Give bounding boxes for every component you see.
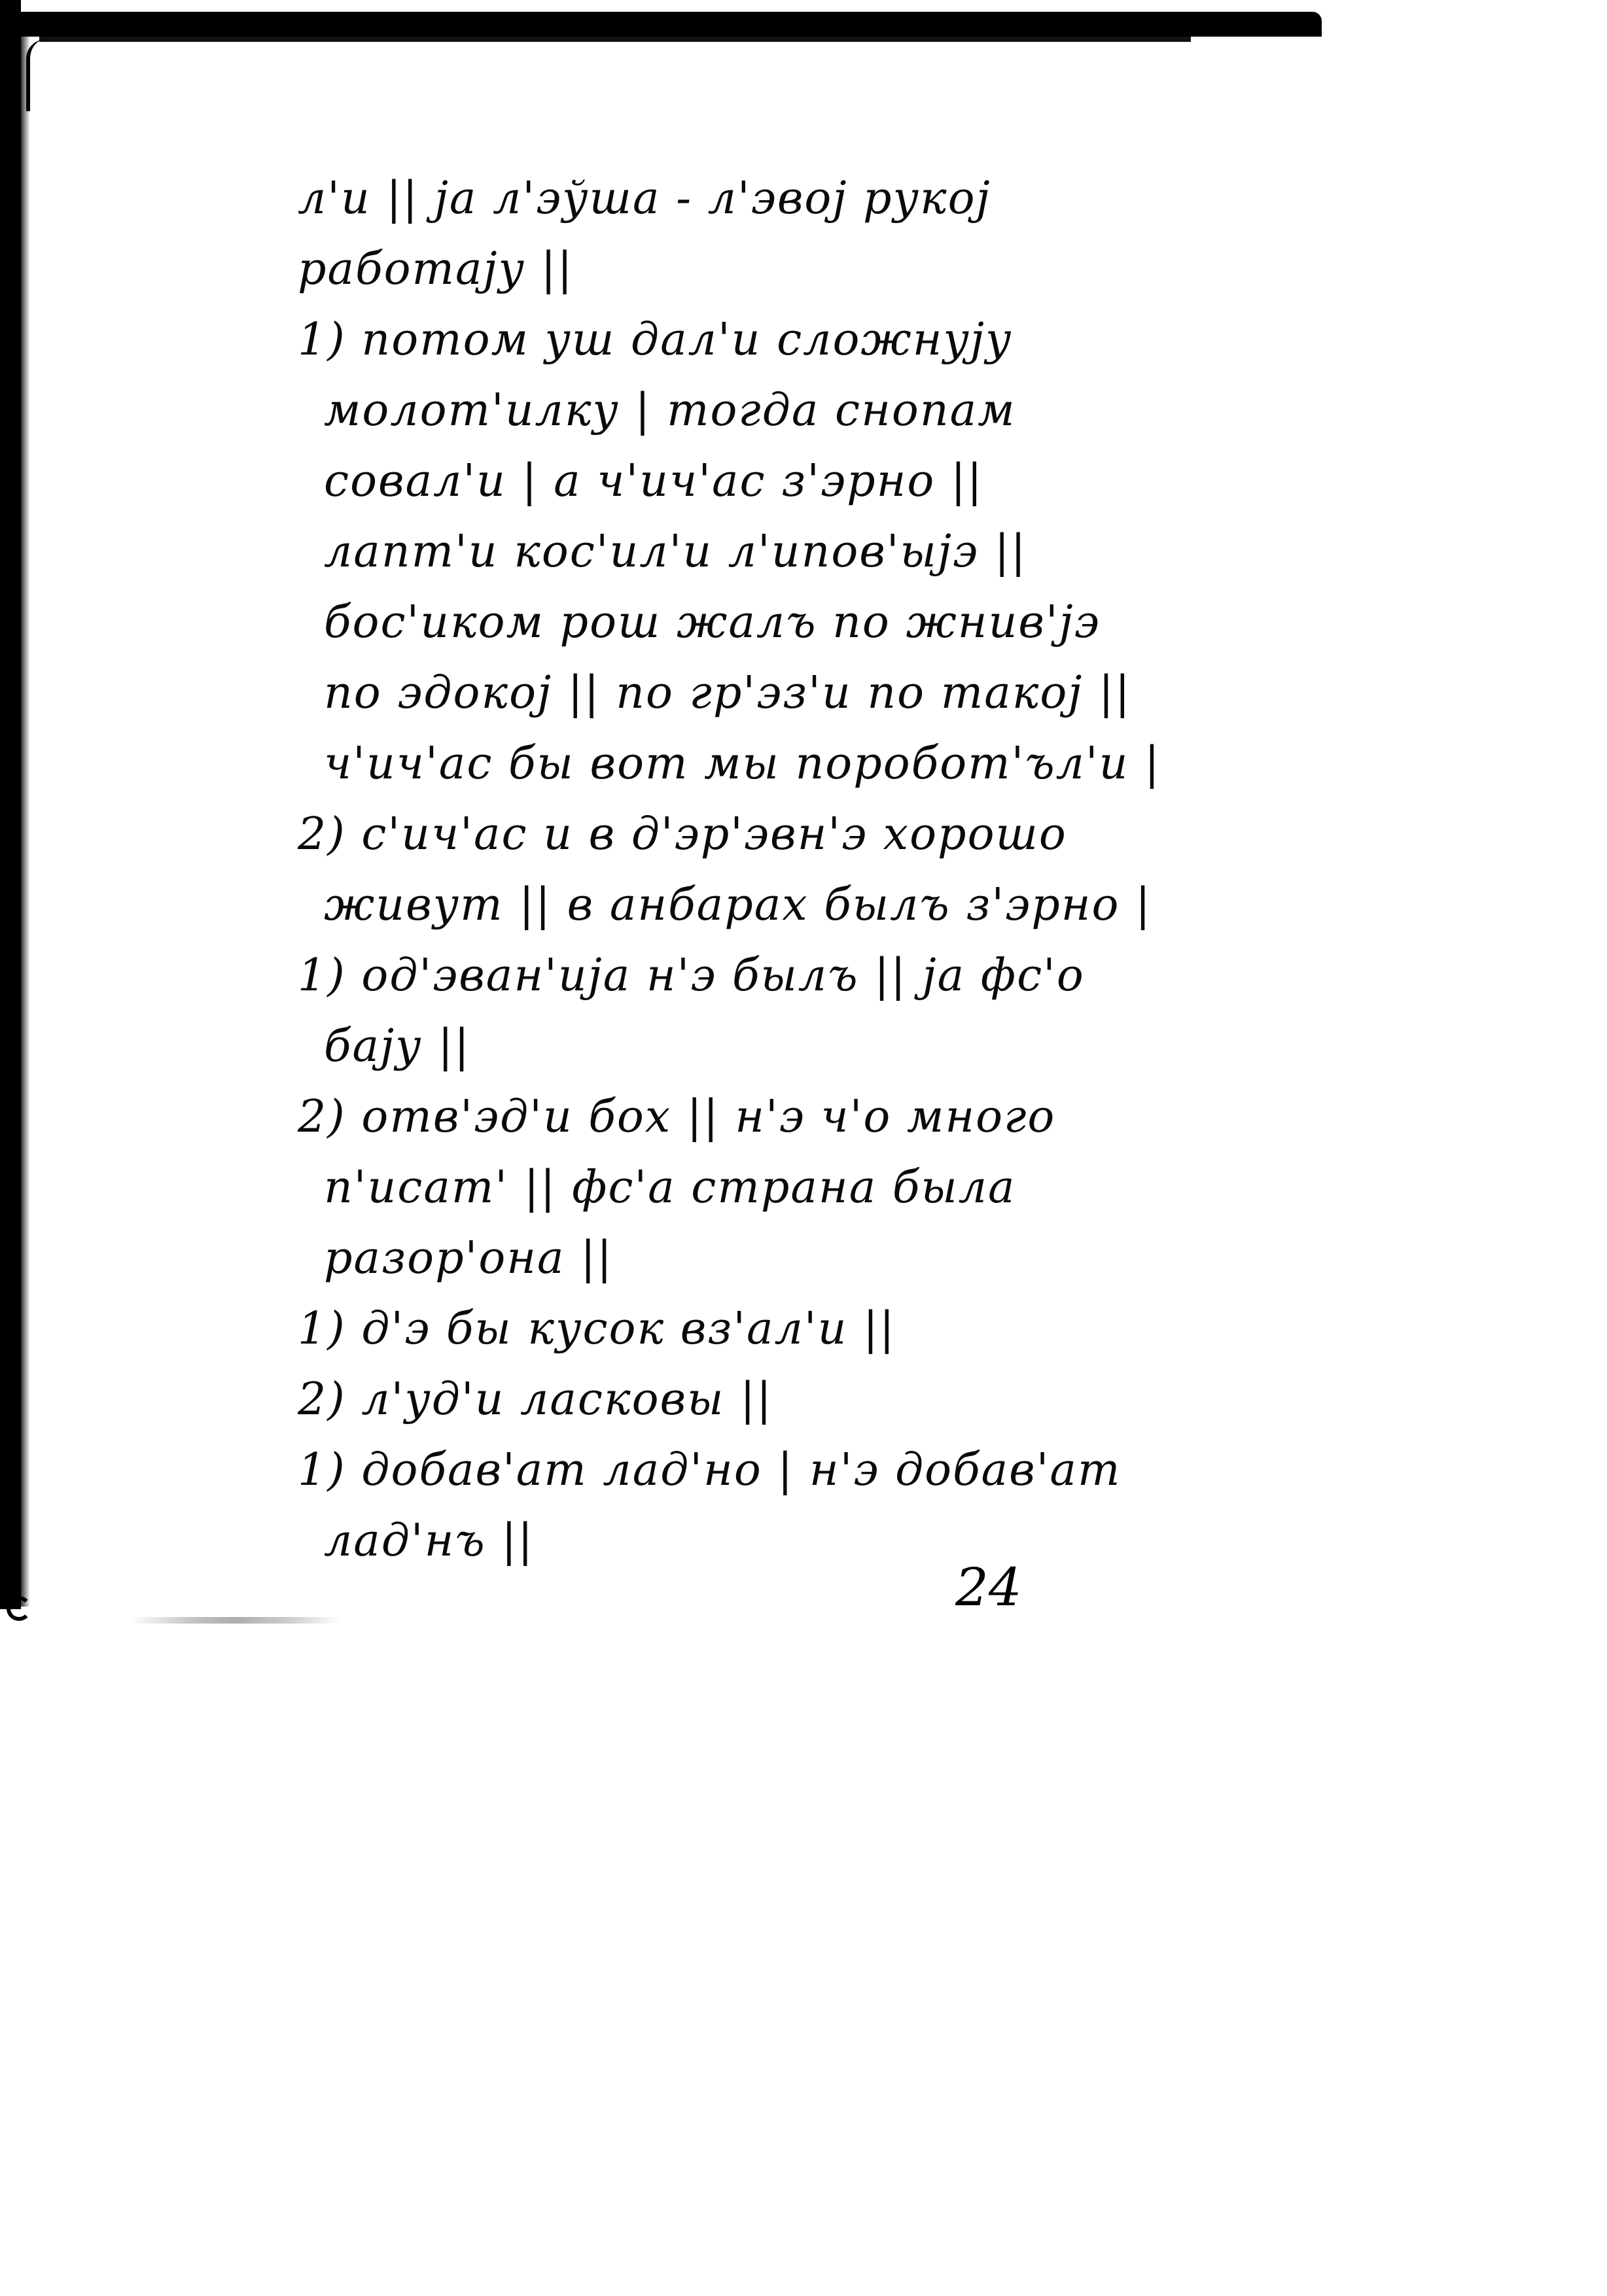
manuscript-line: ч'ич'ас бы вот мы поробот'ъл'и | (298, 729, 1358, 799)
scan-smudge (130, 1617, 342, 1624)
manuscript-line: по эдокој || по гр'эз'и по такој || (298, 658, 1358, 729)
scan-left-border-shadow (21, 37, 30, 1607)
binding-clip-mark (7, 1596, 31, 1621)
scan-top-border (0, 12, 1322, 37)
manuscript-line: 1) д'э бы кусок вз'ал'и || (298, 1294, 1358, 1365)
manuscript-line: лапт'и кос'ил'и л'ипов'ыјэ || (298, 517, 1358, 587)
manuscript-line: 1) добав'ат лад'но | н'э добав'ат (298, 1435, 1358, 1506)
manuscript-line: совал'и | а ч'ич'ас з'эрно || (298, 446, 1358, 517)
page-corner-curl (26, 39, 56, 111)
manuscript-line: 2) с'ич'ас и в д'эр'эвн'э хорошо (298, 799, 1358, 870)
manuscript-line: бос'иком рош жалъ по жнив'јэ (298, 587, 1358, 658)
manuscript-line: л'и || ја л'эўша - л'эвој рукој (298, 164, 1358, 234)
page-number: 24 (955, 1557, 1022, 1618)
manuscript-text: л'и || ја л'эўша - л'эвој рукој работају… (298, 164, 1358, 1576)
manuscript-line: работају || (298, 234, 1358, 305)
manuscript-line: 1) од'эван'ија н'э былъ || ја фс'о (298, 941, 1358, 1011)
manuscript-line: 1) потом уш дал'и сложнују (298, 305, 1358, 375)
manuscript-line: лад'нъ || (298, 1506, 1358, 1576)
manuscript-line: 2) отв'эд'и бох || н'э ч'о много (298, 1082, 1358, 1153)
scan-top-border-shadow (39, 37, 1191, 42)
scan-left-border (0, 0, 21, 1609)
manuscript-line: молот'илку | тогда снопам (298, 375, 1358, 446)
manuscript-line: 2) л'уд'и ласковы || (298, 1365, 1358, 1435)
manuscript-line: бају || (298, 1011, 1358, 1082)
manuscript-line: разор'она || (298, 1223, 1358, 1294)
manuscript-line: живут || в анбарах былъ з'эрно | (298, 870, 1358, 941)
manuscript-line: п'исат' || фс'а страна была (298, 1153, 1358, 1223)
